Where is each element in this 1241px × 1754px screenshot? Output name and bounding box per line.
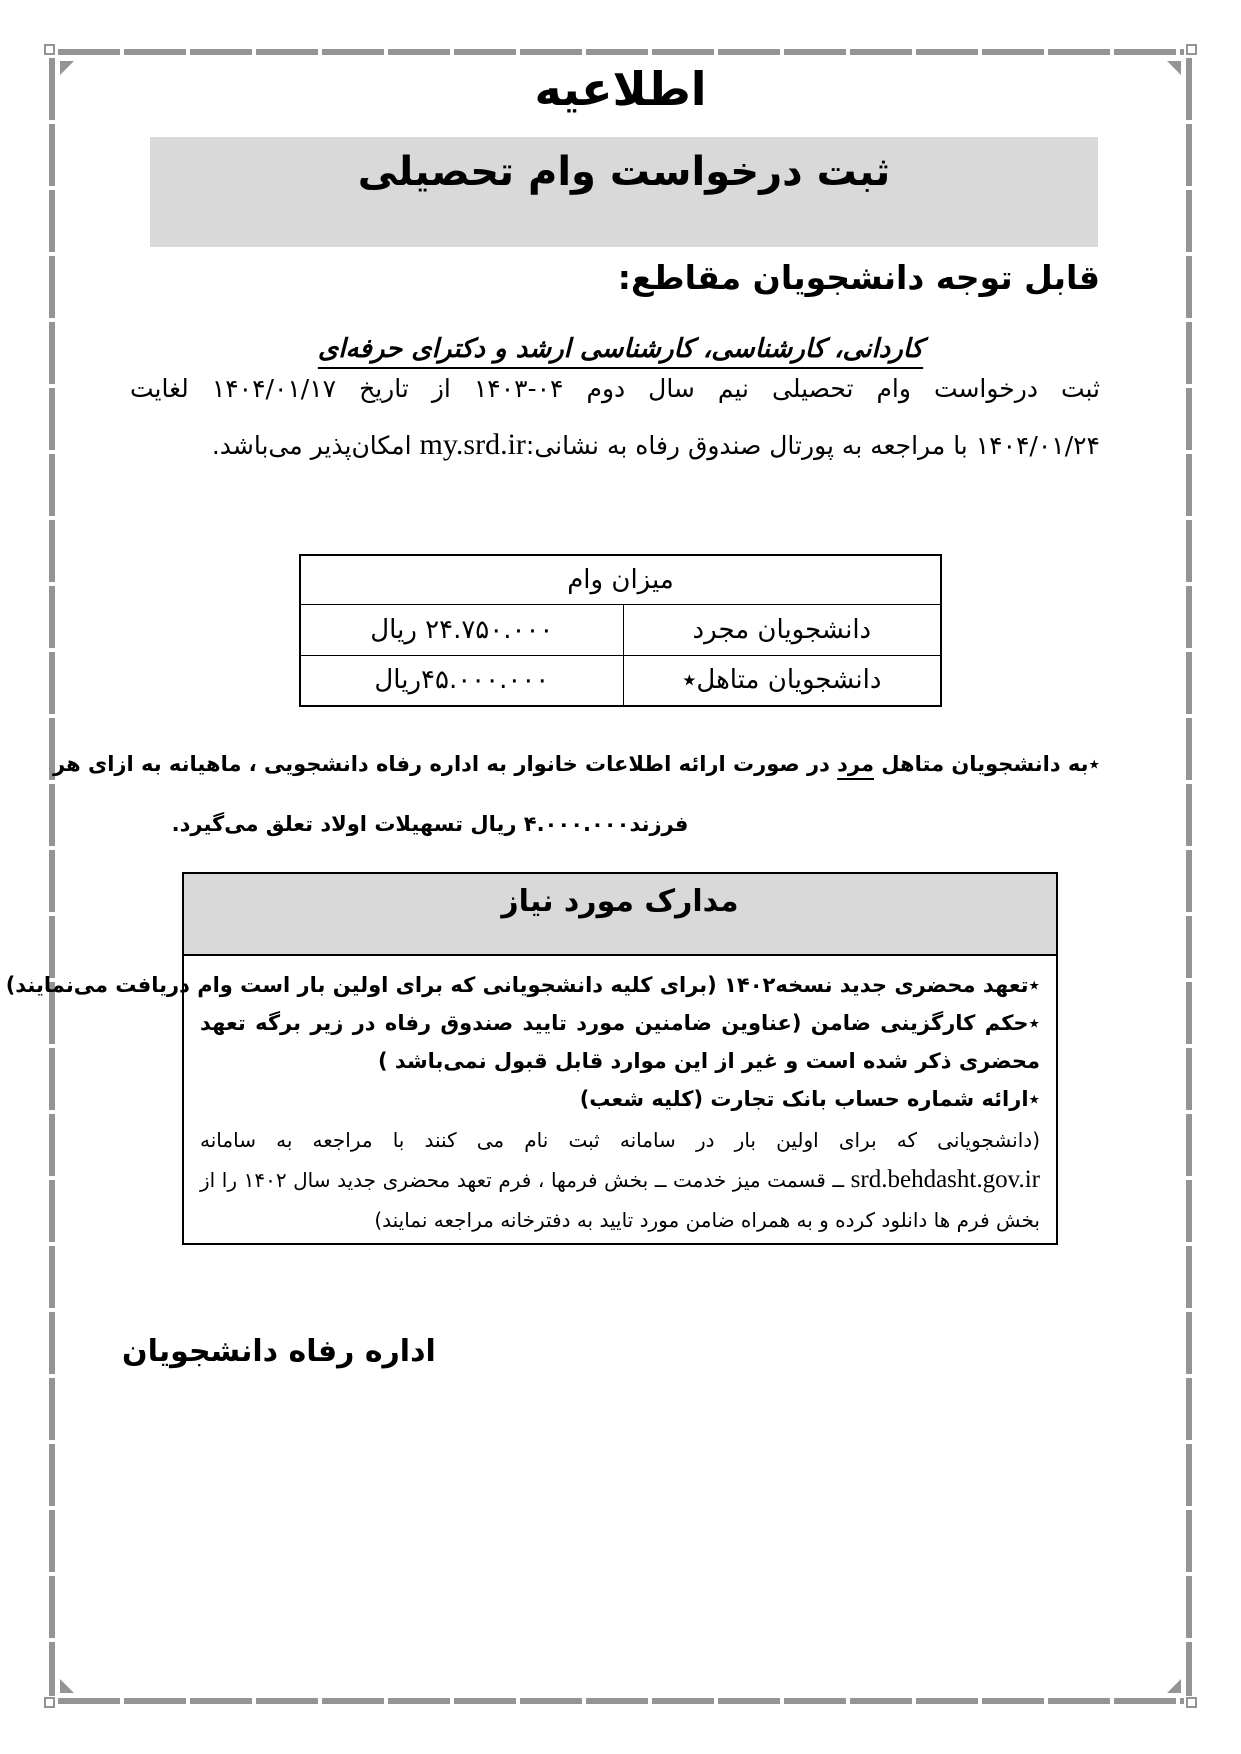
- documents-box: مدارک مورد نیاز ٭تعهد محضری جدید نسخه۱۴۰…: [182, 872, 1058, 1245]
- border-corner-square-bottom-left: [44, 1697, 55, 1708]
- document-item-2: ٭حکم کارگزینی ضامن (عناوین ضامنین مورد ت…: [200, 1004, 1040, 1080]
- page-border-bottom: [58, 1698, 1184, 1704]
- border-triangle-bottom-right: [1167, 1679, 1181, 1693]
- announcement-page: اطلاعیه ثبت درخواست وام تحصیلی قابل توجه…: [0, 0, 1241, 1754]
- table-row: دانشجویان مجرد ۲۴.۷۵۰.۰۰۰ ریال: [300, 604, 941, 655]
- degree-levels-line: کاردانی، کارشناسی، کارشناسی ارشد و دکترا…: [0, 334, 1241, 364]
- loan-amount-table: میزان وام دانشجویان مجرد ۲۴.۷۵۰.۰۰۰ ریال…: [299, 554, 942, 707]
- married-note-line2: فرزند۴.۰۰۰.۰۰۰ ریال تسهیلات اولاد تعلق م…: [60, 812, 800, 836]
- border-corner-square-top-left: [44, 44, 55, 55]
- portal-url: my.srd.ir: [420, 428, 526, 461]
- documents-title: مدارک مورد نیاز: [184, 884, 1056, 919]
- married-note-line1: ٭به دانشجویان متاهل مرد در صورت ارائه اط…: [130, 752, 1100, 776]
- first-time-registration-paragraph: (دانشجویانی که برای اولین بار در سامانه …: [200, 1120, 1040, 1240]
- border-triangle-bottom-left: [60, 1679, 74, 1693]
- body-line2-text-pre: ۱۴۰۴/۰۱/۲۴ با مراجعه به پورتال صندوق رفا…: [526, 431, 1100, 460]
- document-item-3: ٭ارائه شماره حساب بانک تجارت (کلیه شعب): [200, 1080, 1040, 1118]
- signature: اداره رفاه دانشجویان: [122, 1334, 436, 1369]
- row-label: دانشجویان متاهل٭: [623, 655, 941, 706]
- registration-url: srd.behdasht.gov.ir: [851, 1166, 1040, 1193]
- body-line2-text-post: امکان‌پذیر می‌باشد.: [212, 431, 420, 460]
- row-amount: ۲۴.۷۵۰.۰۰۰ ریال: [300, 604, 623, 655]
- page-border-top: [58, 49, 1184, 55]
- page-title: اطلاعیه: [0, 62, 1241, 116]
- note-text-post: در صورت ارائه اطلاعات خانوار به اداره رف…: [53, 752, 837, 776]
- body-paragraph-line2: ۱۴۰۴/۰۱/۲۴ با مراجعه به پورتال صندوق رفا…: [130, 428, 1100, 462]
- documents-body: ٭تعهد محضری جدید نسخه۱۴۰۲ (برای کلیه دان…: [184, 956, 1056, 1240]
- para-text-pre: (دانشجویانی که برای اولین بار در سامانه …: [200, 1128, 1040, 1152]
- loan-table-header: میزان وام: [300, 555, 941, 604]
- table-row: دانشجویان متاهل٭ ۴۵.۰۰۰.۰۰۰ریال: [300, 655, 941, 706]
- table-header-row: میزان وام: [300, 555, 941, 604]
- border-corner-square-bottom-right: [1186, 1697, 1197, 1708]
- row-label: دانشجویان مجرد: [623, 604, 941, 655]
- banner-title: ثبت درخواست وام تحصیلی: [150, 149, 1098, 195]
- row-amount: ۴۵.۰۰۰.۰۰۰ریال: [300, 655, 623, 706]
- underlined-word: مرد: [837, 752, 874, 776]
- body-paragraph-line1: ثبت درخواست وام تحصیلی نیم سال دوم ۰۴-۱۴…: [130, 374, 1100, 403]
- attention-heading: قابل توجه دانشجویان مقاطع:: [618, 258, 1100, 297]
- documents-header: مدارک مورد نیاز: [184, 874, 1056, 956]
- page-border-right: [1186, 58, 1192, 1696]
- document-item-1: ٭تعهد محضری جدید نسخه۱۴۰۲ (برای کلیه دان…: [200, 966, 1040, 1004]
- note-text-pre: ٭به دانشجویان متاهل: [874, 752, 1100, 776]
- border-corner-square-top-right: [1186, 44, 1197, 55]
- banner-box: ثبت درخواست وام تحصیلی: [150, 137, 1098, 247]
- page-border-left: [49, 58, 55, 1696]
